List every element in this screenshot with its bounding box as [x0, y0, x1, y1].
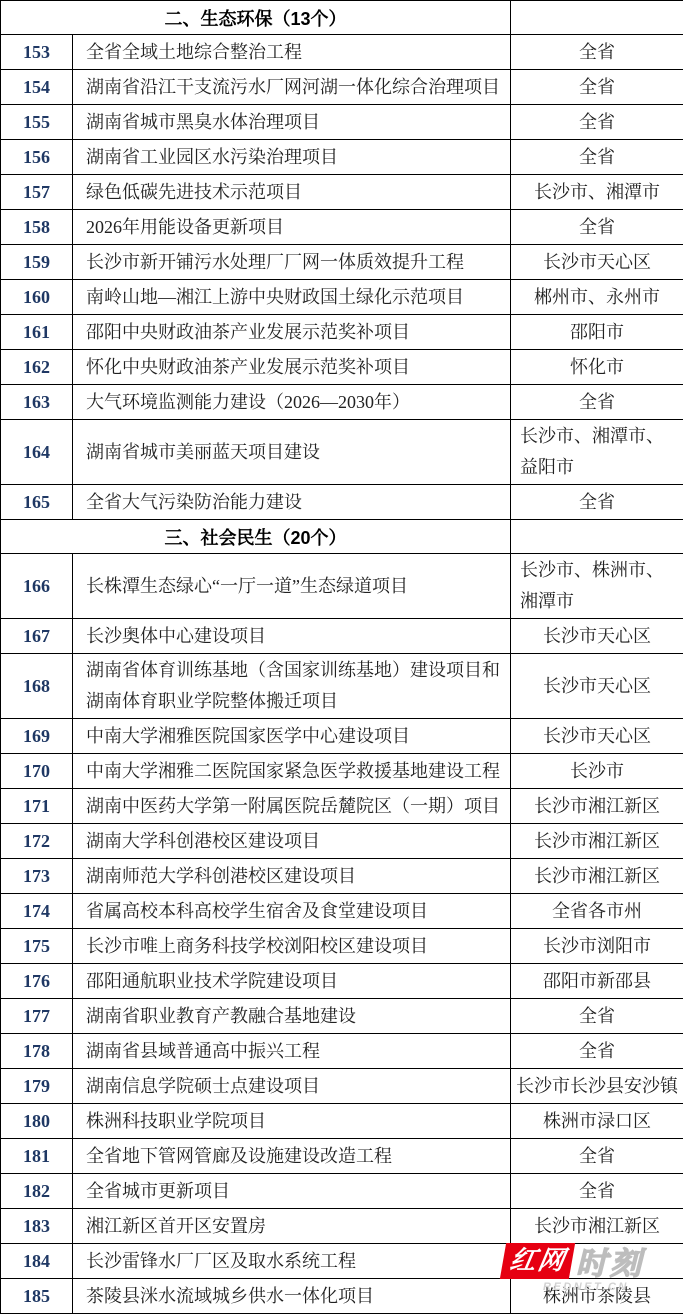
row-number: 180	[1, 1104, 73, 1139]
table-row: 169中南大学湘雅医院国家医学中心建设项目长沙市天心区	[1, 719, 683, 754]
table-row: 181全省地下管网管廊及设施建设改造工程全省	[1, 1139, 683, 1174]
region: 全省	[511, 70, 683, 105]
row-number: 184	[1, 1244, 73, 1279]
project-name: 2026年用能设备更新项目	[73, 210, 511, 245]
row-number: 178	[1, 1034, 73, 1069]
project-name: 全省全域土地综合整治工程	[73, 35, 511, 70]
table-row: 156湖南省工业园区水污染治理项目全省	[1, 140, 683, 175]
table-row: 167长沙奥体中心建设项目长沙市天心区	[1, 619, 683, 654]
region: 怀化市	[511, 350, 683, 385]
row-number: 168	[1, 654, 73, 719]
table-row: 157绿色低碳先进技术示范项目长沙市、湘潭市	[1, 175, 683, 210]
region: 郴州市、永州市	[511, 280, 683, 315]
project-table: 二、生态环保（13个）153全省全域土地综合整治工程全省154湖南省沿江干支流污…	[0, 0, 683, 1314]
table-row: 178湖南省县域普通高中振兴工程全省	[1, 1034, 683, 1069]
row-number: 153	[1, 35, 73, 70]
project-name: 中南大学湘雅医院国家医学中心建设项目	[73, 719, 511, 754]
table-row: 182全省城市更新项目全省	[1, 1174, 683, 1209]
table-row: 153全省全域土地综合整治工程全省	[1, 35, 683, 70]
region: 长沙市、湘潭市	[511, 175, 683, 210]
region: 邵阳市	[511, 315, 683, 350]
row-number: 158	[1, 210, 73, 245]
table-row: 171湖南中医药大学第一附属医院岳麓院区（一期）项目长沙市湘江新区	[1, 789, 683, 824]
row-number: 156	[1, 140, 73, 175]
row-number: 162	[1, 350, 73, 385]
row-number: 177	[1, 999, 73, 1034]
region: 全省	[511, 999, 683, 1034]
table-row: 160南岭山地—湘江上游中央财政国土绿化示范项目郴州市、永州市	[1, 280, 683, 315]
table-row: 162怀化中央财政油茶产业发展示范奖补项目怀化市	[1, 350, 683, 385]
section-title: 三、社会民生（20个）	[1, 520, 511, 554]
row-number: 171	[1, 789, 73, 824]
row-number: 161	[1, 315, 73, 350]
region: 邵阳市新邵县	[511, 964, 683, 999]
table-row: 185茶陵县洣水流域城乡供水一体化项目株洲市茶陵县	[1, 1279, 683, 1314]
region	[511, 1244, 683, 1279]
project-name: 中南大学湘雅二医院国家紧急医学救援基地建设工程	[73, 754, 511, 789]
region: 长沙市天心区	[511, 719, 683, 754]
project-name: 湖南省职业教育产教融合基地建设	[73, 999, 511, 1034]
project-name: 湖南省工业园区水污染治理项目	[73, 140, 511, 175]
section-empty-cell	[511, 520, 683, 554]
table-row: 172湖南大学科创港校区建设项目长沙市湘江新区	[1, 824, 683, 859]
table-row: 166长株潭生态绿心“一厅一道”生态绿道项目长沙市、株洲市、湘潭市	[1, 554, 683, 619]
project-name: 长沙奥体中心建设项目	[73, 619, 511, 654]
region: 长沙市长沙县安沙镇	[511, 1069, 683, 1104]
region: 全省	[511, 385, 683, 420]
project-name: 茶陵县洣水流域城乡供水一体化项目	[73, 1279, 511, 1314]
row-number: 165	[1, 485, 73, 520]
project-name: 株洲科技职业学院项目	[73, 1104, 511, 1139]
project-name: 湖南师范大学科创港校区建设项目	[73, 859, 511, 894]
table-row: 177湖南省职业教育产教融合基地建设全省	[1, 999, 683, 1034]
table-row: 165全省大气污染防治能力建设全省	[1, 485, 683, 520]
region: 全省各市州	[511, 894, 683, 929]
region: 全省	[511, 1139, 683, 1174]
table-row: 1582026年用能设备更新项目全省	[1, 210, 683, 245]
row-number: 176	[1, 964, 73, 999]
table-row: 155湖南省城市黑臭水体治理项目全省	[1, 105, 683, 140]
row-number: 167	[1, 619, 73, 654]
project-name: 全省城市更新项目	[73, 1174, 511, 1209]
project-name: 湖南信息学院硕士点建设项目	[73, 1069, 511, 1104]
row-number: 159	[1, 245, 73, 280]
table-row: 164湖南省城市美丽蓝天项目建设长沙市、湘潭市、益阳市	[1, 420, 683, 485]
table-row: 174省属高校本科高校学生宿舍及食堂建设项目全省各市州	[1, 894, 683, 929]
project-name: 怀化中央财政油茶产业发展示范奖补项目	[73, 350, 511, 385]
project-name: 绿色低碳先进技术示范项目	[73, 175, 511, 210]
region: 长沙市浏阳市	[511, 929, 683, 964]
project-name: 长株潭生态绿心“一厅一道”生态绿道项目	[73, 554, 511, 619]
region: 全省	[511, 1174, 683, 1209]
region: 长沙市湘江新区	[511, 824, 683, 859]
project-name: 湖南省城市美丽蓝天项目建设	[73, 420, 511, 485]
table-row: 168湖南省体育训练基地（含国家训练基地）建设项目和湖南体育职业学院整体搬迁项目…	[1, 654, 683, 719]
region: 全省	[511, 485, 683, 520]
region: 长沙市、湘潭市、益阳市	[511, 420, 683, 485]
region: 长沙市天心区	[511, 245, 683, 280]
region: 株洲市茶陵县	[511, 1279, 683, 1314]
project-name: 湖南省沿江干支流污水厂网河湖一体化综合治理项目	[73, 70, 511, 105]
row-number: 173	[1, 859, 73, 894]
table-row: 159长沙市新开铺污水处理厂厂网一体质效提升工程长沙市天心区	[1, 245, 683, 280]
table-row: 163大气环境监测能力建设（2026—2030年）全省	[1, 385, 683, 420]
row-number: 182	[1, 1174, 73, 1209]
project-name: 湘江新区首开区安置房	[73, 1209, 511, 1244]
section-empty-cell	[511, 1, 683, 35]
project-name: 湖南省城市黑臭水体治理项目	[73, 105, 511, 140]
table-row: 173湖南师范大学科创港校区建设项目长沙市湘江新区	[1, 859, 683, 894]
region: 全省	[511, 35, 683, 70]
table-row: 183湘江新区首开区安置房长沙市湘江新区	[1, 1209, 683, 1244]
section-header-row: 二、生态环保（13个）	[1, 1, 683, 35]
region: 长沙市天心区	[511, 654, 683, 719]
row-number: 164	[1, 420, 73, 485]
project-name: 邵阳中央财政油茶产业发展示范奖补项目	[73, 315, 511, 350]
project-name: 长沙市唯上商务科技学校浏阳校区建设项目	[73, 929, 511, 964]
region: 全省	[511, 140, 683, 175]
project-name: 湖南大学科创港校区建设项目	[73, 824, 511, 859]
table-row: 180株洲科技职业学院项目株洲市渌口区	[1, 1104, 683, 1139]
row-number: 183	[1, 1209, 73, 1244]
row-number: 157	[1, 175, 73, 210]
region: 长沙市湘江新区	[511, 789, 683, 824]
table-row: 161邵阳中央财政油茶产业发展示范奖补项目邵阳市	[1, 315, 683, 350]
region: 长沙市湘江新区	[511, 859, 683, 894]
region: 全省	[511, 1034, 683, 1069]
row-number: 163	[1, 385, 73, 420]
project-name: 大气环境监测能力建设（2026—2030年）	[73, 385, 511, 420]
project-name: 全省地下管网管廊及设施建设改造工程	[73, 1139, 511, 1174]
row-number: 166	[1, 554, 73, 619]
region: 长沙市湘江新区	[511, 1209, 683, 1244]
section-title: 二、生态环保（13个）	[1, 1, 511, 35]
row-number: 181	[1, 1139, 73, 1174]
row-number: 174	[1, 894, 73, 929]
row-number: 172	[1, 824, 73, 859]
project-name: 全省大气污染防治能力建设	[73, 485, 511, 520]
project-name: 长沙市新开铺污水处理厂厂网一体质效提升工程	[73, 245, 511, 280]
row-number: 175	[1, 929, 73, 964]
region: 全省	[511, 105, 683, 140]
table-row: 175长沙市唯上商务科技学校浏阳校区建设项目长沙市浏阳市	[1, 929, 683, 964]
project-name: 湖南中医药大学第一附属医院岳麓院区（一期）项目	[73, 789, 511, 824]
section-header-row: 三、社会民生（20个）	[1, 520, 683, 554]
project-name: 湖南省体育训练基地（含国家训练基地）建设项目和湖南体育职业学院整体搬迁项目	[73, 654, 511, 719]
row-number: 170	[1, 754, 73, 789]
table-row: 179湖南信息学院硕士点建设项目长沙市长沙县安沙镇	[1, 1069, 683, 1104]
table-row: 154湖南省沿江干支流污水厂网河湖一体化综合治理项目全省	[1, 70, 683, 105]
row-number: 160	[1, 280, 73, 315]
region: 株洲市渌口区	[511, 1104, 683, 1139]
row-number: 169	[1, 719, 73, 754]
project-name: 邵阳通航职业技术学院建设项目	[73, 964, 511, 999]
table-row: 184长沙雷锋水厂厂区及取水系统工程	[1, 1244, 683, 1279]
region: 全省	[511, 210, 683, 245]
row-number: 185	[1, 1279, 73, 1314]
region: 长沙市天心区	[511, 619, 683, 654]
table-row: 170中南大学湘雅二医院国家紧急医学救援基地建设工程长沙市	[1, 754, 683, 789]
project-name: 南岭山地—湘江上游中央财政国土绿化示范项目	[73, 280, 511, 315]
table-row: 176邵阳通航职业技术学院建设项目邵阳市新邵县	[1, 964, 683, 999]
region: 长沙市、株洲市、湘潭市	[511, 554, 683, 619]
region: 长沙市	[511, 754, 683, 789]
project-name: 湖南省县域普通高中振兴工程	[73, 1034, 511, 1069]
row-number: 154	[1, 70, 73, 105]
row-number: 155	[1, 105, 73, 140]
row-number: 179	[1, 1069, 73, 1104]
project-name: 省属高校本科高校学生宿舍及食堂建设项目	[73, 894, 511, 929]
project-name: 长沙雷锋水厂厂区及取水系统工程	[73, 1244, 511, 1279]
